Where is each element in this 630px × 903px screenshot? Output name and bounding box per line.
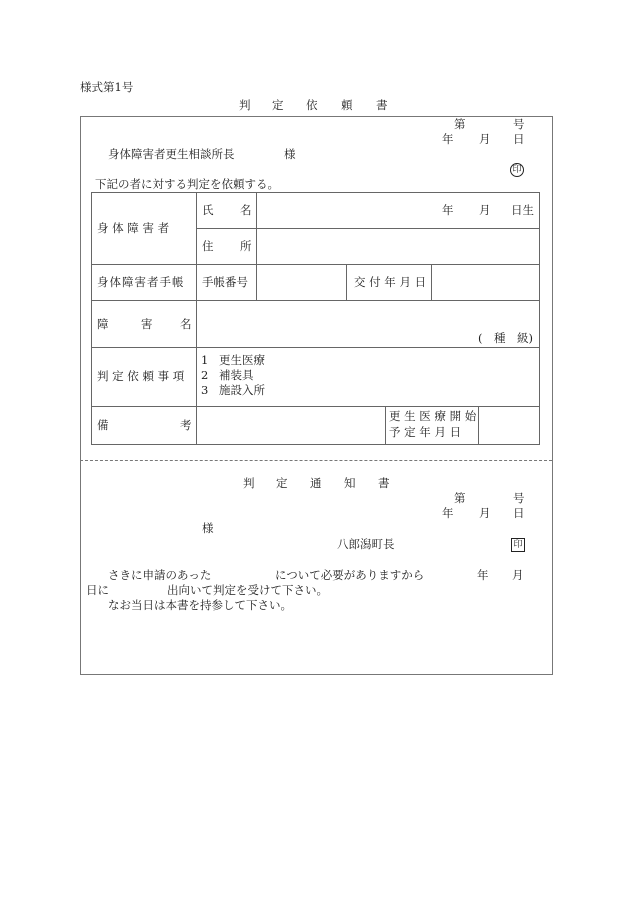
notice-body-text: について必要がありますから [275,570,424,582]
notice-number-go: 号 [513,493,525,505]
notice-addressee-suffix: 様 [202,523,214,535]
request-title-char: 依 [306,100,318,112]
issue-date-label: 交 付 年 月 日 [354,277,426,289]
grade-kind: 種 [494,333,506,345]
disability-label-b: 害 [141,319,153,331]
seal-circle-icon: 印 [510,163,524,177]
handbook-number-label: 手帳番号 [202,277,248,289]
request-seal: 印 [510,163,524,177]
address-label-b: 所 [240,241,252,253]
request-item-text[interactable]: 更生医療 [219,355,265,367]
address-label-a: 住 [202,241,214,253]
table-divider [385,406,386,445]
request-addressee: 身体障害者更生相談所長 [108,149,235,161]
medical-start-date-field[interactable] [479,407,539,444]
medical-start-label-line2: 予 定 年 月 日 [389,427,461,439]
form-number: 様式第1号 [80,82,133,94]
notice-title-char: 通 [310,478,322,490]
request-date-day: 日 [513,134,525,146]
cut-line-divider [80,460,552,461]
notice-date-month: 月 [479,508,491,520]
notice-body-text: なお当日は本書を持参して下さい。 [108,600,292,612]
notice-issuer: 八郎潟町長 [337,539,395,551]
request-title-char: 判 [239,100,251,112]
remarks-field[interactable] [197,407,384,444]
notice-title-char: 判 [243,478,255,490]
request-item-number: 1 [201,355,208,367]
grade-level: 級) [517,333,533,345]
remarks-label-a: 備 [97,420,109,432]
medical-start-label-line1: 更 生 医 療 開 始 [389,411,476,423]
request-item-number: 3 [201,385,208,397]
request-title-char: 書 [376,100,388,112]
seal-square-icon: 印 [511,538,525,552]
request-items-label: 判 定 依 頼 事 項 [97,371,184,383]
request-item-number: 2 [201,370,208,382]
request-date-year: 年 [442,134,454,146]
birth-month: 月 [479,205,491,217]
notice-title-char: 知 [344,478,356,490]
request-date-month: 月 [479,134,491,146]
request-item-text[interactable]: 施設入所 [219,385,265,397]
disability-label-c: 名 [180,319,192,331]
handbook-label: 身体障害者手帳 [97,277,185,289]
notice-body-text: さきに申請のあった [108,570,211,582]
issue-date-field[interactable] [432,265,539,299]
disability-label-a: 障 [97,319,109,331]
notice-body-text: 月 [512,570,524,582]
request-item-text[interactable]: 補装具 [219,370,254,382]
birth-year: 年 [442,205,454,217]
person-label: 身 体 障 害 者 [97,223,169,235]
name-field[interactable] [257,193,437,227]
request-number-go: 号 [513,119,525,131]
notice-number-dai: 第 [454,493,466,505]
request-intro: 下記の者に対する判定を依頼する。 [95,179,279,191]
notice-date-day: 日 [513,508,525,520]
request-title-char: 頼 [341,100,353,112]
notice-title-char: 定 [276,478,288,490]
address-field[interactable] [257,229,539,263]
table-divider [91,347,540,348]
table-divider [346,264,347,300]
handbook-number-field[interactable] [257,265,345,299]
name-label-a: 氏 [202,205,214,217]
request-addressee-suffix: 様 [284,149,296,161]
birth-day: 日生 [511,205,534,217]
notice-body-text: 出向いて判定を受けて下さい。 [167,585,328,597]
request-number-dai: 第 [454,119,466,131]
notice-body-text: 日に [86,585,109,597]
notice-title-char: 書 [378,478,390,490]
notice-date-year: 年 [442,508,454,520]
grade-open: ( [478,333,483,345]
notice-body-text: 年 [477,570,489,582]
notice-seal: 印 [511,538,525,552]
disability-field[interactable] [197,301,539,346]
request-title-char: 定 [272,100,284,112]
remarks-label-b: 考 [180,420,192,432]
name-label-b: 名 [240,205,252,217]
